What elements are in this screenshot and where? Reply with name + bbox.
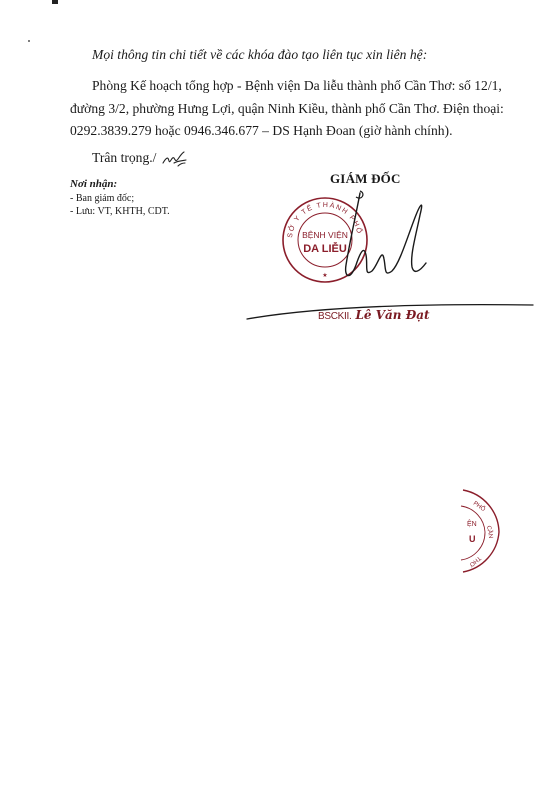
contact-line: Phòng Kế hoạch tổng hợp - Bệnh viện Da l… — [70, 75, 490, 98]
seam-stamp-icon: PHỐ CẦN THƠ ỆN U — [455, 482, 535, 577]
closing-salutation: Trân trọng./ — [92, 150, 188, 168]
svg-text:ỆN: ỆN — [467, 519, 477, 528]
recipient-item: - Lưu: VT, KHTH, CDT. — [70, 205, 170, 218]
scan-artifact-dot — [28, 40, 30, 42]
signer-name: Lê Văn Đạt — [355, 308, 429, 322]
scan-artifact-mark — [52, 0, 58, 4]
contact-paragraph: Phòng Kế hoạch tổng hợp - Bệnh viện Da l… — [70, 75, 490, 143]
recipient-item: - Ban giám đốc; — [70, 192, 170, 205]
contact-line: 0292.3839.279 hoặc 0946.346.677 – DS Hạn… — [70, 120, 490, 143]
closing-text: Trân trọng./ — [92, 150, 156, 165]
handwritten-signature-icon — [320, 185, 450, 295]
signer-name-block: BSCKII. Lê Văn Đạt — [318, 306, 430, 324]
recipients-block: Nơi nhận: - Ban giám đốc; - Lưu: VT, KHT… — [70, 178, 170, 218]
recipients-label: Nơi nhận: — [70, 178, 170, 191]
svg-text:U: U — [469, 534, 476, 544]
svg-text:CẦN: CẦN — [485, 525, 494, 539]
contact-intro: Mọi thông tin chi tiết về các khóa đào t… — [92, 47, 427, 63]
initial-signature-icon — [162, 150, 188, 168]
contact-line: đường 3/2, phường Hưng Lợi, quận Ninh Ki… — [70, 98, 490, 121]
signer-prefix: BSCKII. — [318, 311, 351, 322]
